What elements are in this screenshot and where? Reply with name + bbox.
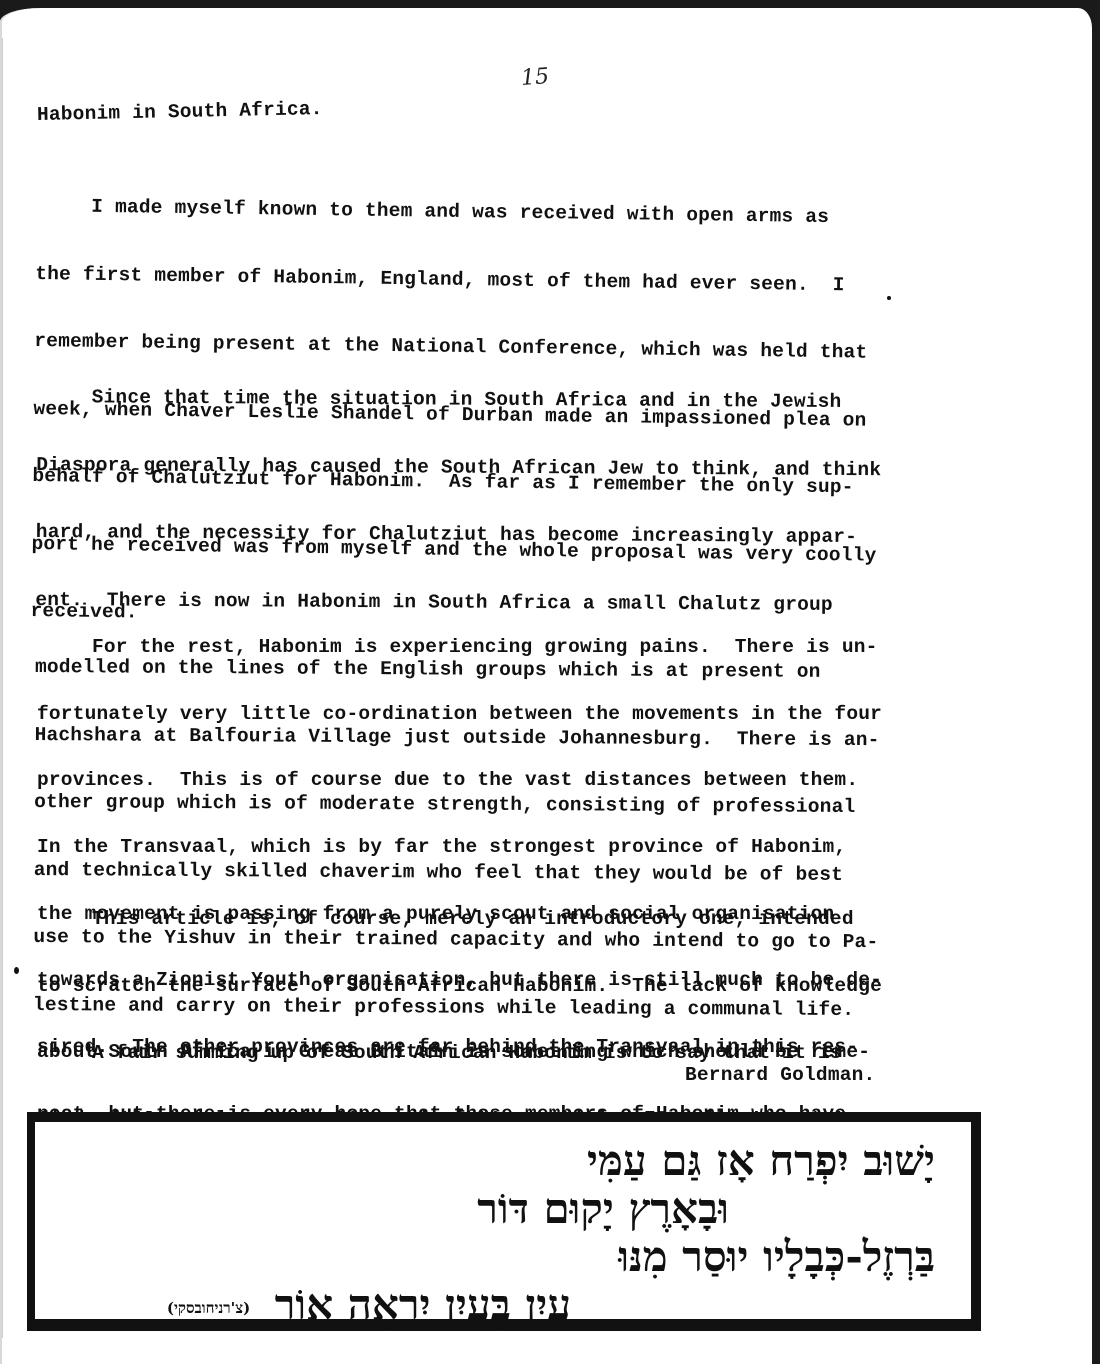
text-line: Since that time the situation in South A… [37, 386, 882, 415]
text-line: In the Transvaal, which is by far the st… [37, 836, 882, 859]
text-line: to scratch the surface of South African … [37, 975, 882, 998]
page-number: 15 [520, 64, 550, 91]
text-line: For the rest, Habonim is experiencing gr… [37, 636, 882, 659]
hebrew-poem-box: יָשׁוּב יִפְרַח אָז גַּם עַמִּי וּבָאָרֶ… [27, 1112, 981, 1331]
text-line: provinces. This is of course due to the … [37, 769, 882, 792]
poem-attribution: (צ'רניחובסקי) [167, 1299, 250, 1317]
poem-line: וּבָאָרֶץ יָקוּם דּוֹר [477, 1184, 729, 1234]
document-page: 15 Habonim in South Africa. I made mysel… [0, 8, 1092, 1364]
text-line: This article is, of course, merely an in… [37, 908, 882, 931]
poem-line-text: עַיִן בְּעַיִן יִרְאֶה אוֹר [275, 1280, 571, 1329]
poem-line: בַּרְזֶל-כְּבָלָיו יוּסַר מִנּוּ [618, 1232, 935, 1282]
article-title: Habonim in South Africa. [37, 98, 323, 126]
text-line: I made myself known to them and was rece… [36, 195, 881, 230]
poem-line: עַיִן בְּעַיִן יִרְאֶה אוֹר (צ'רניחובסקי… [167, 1280, 571, 1330]
margin-mark [14, 967, 19, 974]
scan-edge [2, 38, 3, 1338]
text-line: hard, and the necessity for Chalutziut h… [36, 521, 881, 550]
author-signature: Bernard Goldman. [685, 1064, 875, 1086]
margin-mark [887, 296, 891, 300]
text-line: the first member of Habonim, England, mo… [35, 262, 880, 297]
text-line: Diaspora generally has caused the South … [36, 453, 881, 482]
text-line: fortunately very little co-ordination be… [37, 703, 882, 726]
poem-line: יָשׁוּב יִפְרַח אָז גַּם עַמִּי [587, 1136, 935, 1186]
text-line: A fair summing up of South African Habon… [37, 1042, 842, 1065]
